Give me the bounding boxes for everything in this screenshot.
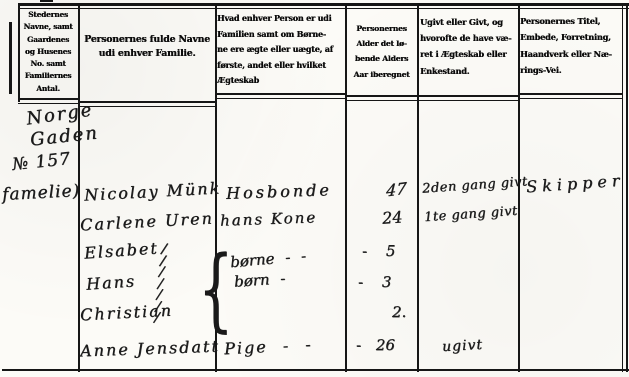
- header-line: Aar iberegnet: [347, 67, 416, 82]
- column-header-family-position: Hvad enhver Person er udi Familien samt …: [217, 11, 344, 89]
- header-line: Personernes Titel,: [520, 13, 623, 29]
- person-name: Elsabet: [83, 238, 159, 262]
- header-underrule: [417, 95, 518, 97]
- children-group-note: børn -: [233, 269, 285, 291]
- header-line: Embede, Forretning,: [520, 29, 623, 45]
- header-line: Antal.: [19, 83, 77, 95]
- header-line: ret i Ægteskab eller: [420, 46, 517, 62]
- family-count-note: famelie): [2, 181, 81, 205]
- marital-status: 1te gang givt: [424, 204, 519, 226]
- person-age: - 26: [356, 336, 395, 354]
- header-underrule: [215, 93, 345, 95]
- header-line: udi enhver Familie.: [80, 47, 214, 61]
- family-position: hans Kone: [220, 208, 318, 229]
- header-underrule: [78, 101, 215, 103]
- person-name: Hans: [85, 271, 136, 293]
- header-line: Personernes: [347, 21, 416, 36]
- header-line: Alder det lø-: [347, 36, 416, 51]
- person-occupation: Skipper: [525, 171, 624, 197]
- header-line: Gaardenes: [19, 34, 77, 46]
- header-line: Familien samt om Børne-: [217, 27, 344, 43]
- divider-col4-col5: [417, 3, 419, 372]
- header-line: ne ere ægte eller uægte, af: [217, 42, 344, 58]
- table-top-rule-thin: [18, 8, 629, 9]
- family-position: Hosbonde: [226, 180, 332, 203]
- person-age: - 3: [358, 273, 391, 291]
- header-line: Haandverk eller Næ-: [520, 46, 623, 62]
- header-line: Familiernes: [19, 70, 77, 82]
- person-name: Nicolay Münk: [84, 178, 222, 204]
- header-line: hvorofte de have væ-: [420, 30, 517, 46]
- header-underrule: [345, 95, 417, 97]
- header-line: rings-Vei.: [520, 62, 623, 78]
- person-age: 2.: [392, 303, 406, 321]
- column-header-age: Personernes Alder det lø- bende Alders A…: [347, 21, 416, 82]
- header-underrule: [417, 100, 518, 101]
- header-underrule: [78, 106, 215, 107]
- header-line: Stedernes: [19, 9, 77, 21]
- person-age: 47: [385, 178, 407, 200]
- person-age: - 5: [362, 242, 395, 260]
- margin-stray-rule: [9, 22, 12, 94]
- header-line: første, andet eller hvilket: [217, 58, 344, 74]
- column-header-occupation: Personernes Titel, Embede, Forretning, H…: [520, 13, 623, 79]
- house-number: № 157: [11, 149, 72, 175]
- header-line: Navne, samt: [19, 21, 77, 33]
- table-top-rule-thick: [18, 3, 629, 6]
- header-underrule: [518, 93, 623, 95]
- header-line: bende Alders: [347, 51, 416, 66]
- column-header-marital-status: Ugivt eller Givt, og hvorofte de have væ…: [420, 14, 517, 79]
- person-name: Carlene Uren: [80, 209, 215, 235]
- header-line: Personernes fulde Navne: [80, 33, 214, 47]
- header-line: Enkestand.: [420, 63, 517, 79]
- children-group-note: børne - -: [229, 247, 306, 272]
- column-header-names: Personernes fulde Navne udi enhver Famil…: [80, 33, 214, 60]
- marital-status: ugivt: [442, 337, 484, 355]
- header-line: Ugivt eller Givt, og: [420, 14, 517, 30]
- header-underrule: [215, 98, 345, 99]
- header-underrule: [518, 98, 623, 99]
- header-line: og Husenes: [19, 46, 77, 58]
- table-right-rule-thick: [626, 3, 628, 372]
- header-underrule: [18, 98, 78, 100]
- table-bottom-rule: [2, 369, 629, 371]
- person-age: 24: [381, 207, 403, 227]
- header-line: No. samt: [19, 58, 77, 70]
- census-document-page: Stedernes Navne, samt Gaardenes og Husen…: [0, 0, 629, 377]
- children-group-brace: {: [198, 236, 234, 342]
- header-line: Hvad enhver Person er udi: [217, 11, 344, 27]
- column-header-place: Stedernes Navne, samt Gaardenes og Husen…: [19, 9, 77, 95]
- header-line: Ægteskab: [217, 73, 344, 89]
- header-underrule: [345, 100, 417, 101]
- scan-edge-tick: [40, 0, 53, 2]
- marital-status: 2den gang givt: [422, 174, 529, 196]
- family-position: Pige - -: [224, 335, 313, 359]
